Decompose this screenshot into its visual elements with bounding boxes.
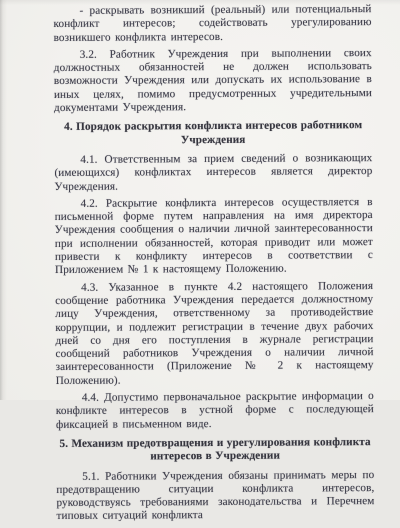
section-heading-4: 4. Порядок раскрытия конфликта интересов… — [54, 119, 372, 148]
paragraph-4-1: 4.1. Ответственным за прием сведений о в… — [54, 152, 372, 194]
document-page: - раскрывать возникший (реальный) или по… — [0, 0, 400, 400]
paragraph-4-2: 4.2. Раскрытие конфликта интересов осуще… — [55, 196, 373, 278]
paragraph-4-4: 4.4. Допустимо первоначальное раскрытие … — [56, 390, 374, 400]
list-item-disclose-conflict: - раскрывать возникший (реальный) или по… — [53, 3, 371, 45]
document-text-block: - раскрывать возникший (реальный) или по… — [53, 3, 374, 400]
paragraph-4-3: 4.3. Указанное в пункте 4.2 настоящего П… — [55, 280, 374, 388]
paragraph-3-2: 3.2. Работник Учреждения при выполнении … — [54, 47, 372, 115]
